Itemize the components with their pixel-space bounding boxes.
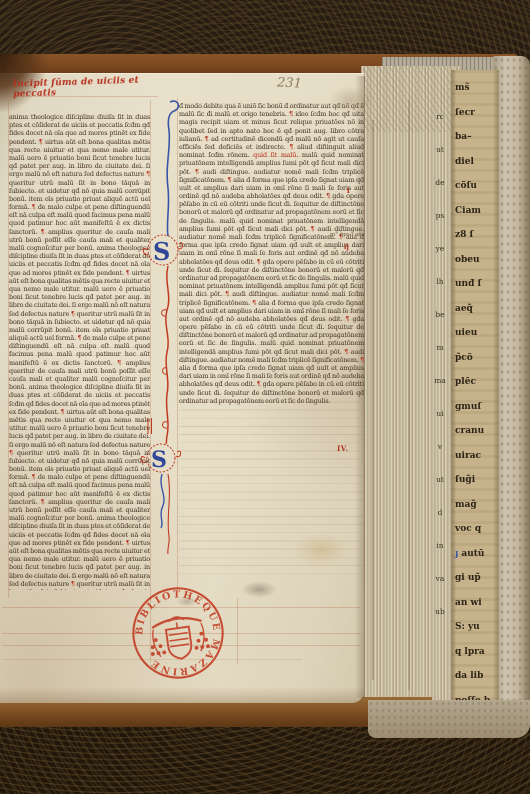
parchment-stain — [328, 86, 374, 114]
column-right-body: malū quid nominat priuatōnem intelligend… — [179, 151, 364, 405]
fore-edge-streak — [372, 120, 374, 680]
parchment-stain — [241, 581, 277, 598]
marginal-gloss-mark: ij — [344, 243, 349, 251]
parchment-stain — [293, 533, 349, 567]
marginal-section-number: IV. — [337, 444, 348, 453]
penwork-flourish: S S — [140, 96, 186, 566]
manuscript-photo: rc ut de ps ye lh be m ma ui v ut d in v… — [0, 0, 530, 794]
fore-edge-streak — [408, 100, 410, 690]
fore-edge-ink-offsets: rc ut de ps ye lh be m ma ui v ut d in v… — [428, 100, 452, 628]
marginal-gloss: m° q̃ps ĩ añe — [330, 232, 368, 238]
stamp-coat-of-arms — [146, 613, 211, 663]
blue-flourish-icon — [167, 101, 178, 236]
library-stamp: BIBLIOTHEQUE MAZARINE — [124, 579, 232, 687]
marginal-tie-mark: i — [347, 186, 350, 195]
svg-text:S: S — [151, 447, 167, 473]
fragment-text: ms̃ ſecr ba– diel cōſu Ciam z8 ſ obeu un… — [455, 76, 497, 713]
red-flourish-icon — [148, 266, 169, 444]
decorated-initial-second: S — [141, 444, 180, 554]
stamp-legend: BIBLIOTHEQUE MAZARINE — [129, 584, 227, 683]
ruling-line — [8, 96, 158, 97]
decorated-initial-first: S — [143, 235, 182, 266]
folio-number: 231 — [277, 75, 303, 91]
svg-text:S: S — [153, 237, 170, 266]
text-column-left: anima theologice diſcipline diuiſa ſit i… — [9, 113, 150, 590]
text-column-right: đ modo debite qua ē uniō ſic bonū đ ordi… — [179, 102, 364, 580]
bottom-board-corner — [368, 700, 530, 738]
